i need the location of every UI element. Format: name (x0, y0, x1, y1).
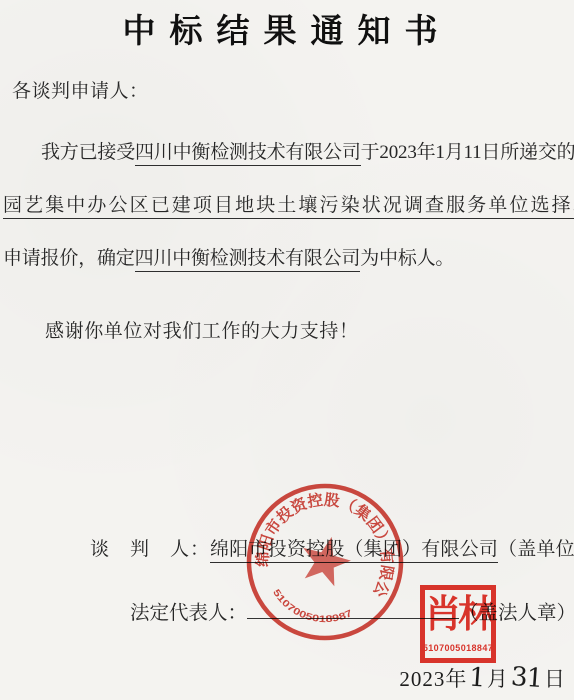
document-title: 中标结果通知书 (0, 5, 574, 52)
date-year: 2023年 (399, 667, 467, 691)
stamp-person-name: 肖林 (424, 591, 492, 639)
salutation: 各谈判申请人： (12, 76, 149, 103)
body-line-3: 申请报价，确定四川中衡检测技术有限公司为中标人。 (3, 246, 572, 272)
project-name-underlined: 园艺集中办公区已建项目地块土壤污染状况调查服务单位选择二标段 (3, 195, 574, 219)
legal-rep-label: 法定代表人： (130, 603, 247, 624)
winning-company-underlined: 四川中衡检测技术有限公司 (135, 142, 361, 166)
thanks-line: 感谢你单位对我们工作的大力支持！ (45, 316, 359, 343)
body-text: 我方已接受 (41, 142, 135, 163)
winning-company-underlined: 四川中衡检测技术有限公司 (135, 248, 361, 272)
date-day-label: 日 (544, 667, 566, 691)
handwritten-day: 31 (510, 662, 543, 694)
document-page: 中标结果通知书 各谈判申请人： 我方已接受四川中衡检测技术有限公司于2023年1… (0, 0, 574, 700)
date-month-label: 月 (487, 667, 509, 691)
handwritten-month: 1 (468, 662, 486, 693)
date-line: 2023年1月31日 (399, 663, 566, 693)
stamp-person-serial: 5107005018847 (423, 643, 493, 653)
body-line-2: 园艺集中办公区已建项目地块土壤污染状况调查服务单位选择二标段 (3, 193, 572, 219)
body-text: 为中标人。 (360, 248, 454, 269)
legal-person-name-stamp: 肖林 5107005018847 (420, 585, 496, 663)
body-text: 申请报价，确定 (3, 248, 135, 269)
body-line-1: 我方已接受四川中衡检测技术有限公司于2023年1月11日所递交的 (3, 140, 572, 166)
body-text: 于2023年1月11日所递交的 (361, 142, 574, 163)
stamp-serial-number: 5107005018987 (265, 586, 356, 635)
stamp-star-icon (296, 530, 356, 588)
negotiator-suffix: （盖单位章） (498, 539, 574, 560)
company-round-stamp: 绵阳市投资控股（集团）有限公司 5107005018987 (235, 472, 415, 652)
svg-text:5107005018987: 5107005018987 (265, 586, 356, 635)
negotiator-label: 谈 判 人： (90, 539, 210, 560)
